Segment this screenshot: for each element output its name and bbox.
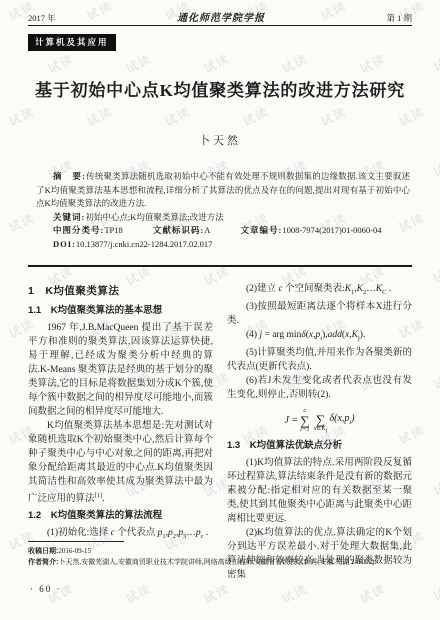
algorithm-step: (3)按照最短距离法逐个将样本X进行分类. <box>227 300 412 328</box>
section-1-2-heading: 1.2 K均值聚类算法的算法流程 <box>28 509 213 523</box>
watermark-text: 试读 <box>430 478 440 514</box>
sum-operator: c ∑ i=1 <box>300 408 309 434</box>
paper-title: 基于初始中心点K均值聚类算法的改进方法研究 <box>18 76 422 101</box>
algorithm-step: (4) j = arg minδ(x,pi),add(x,Kj). <box>227 328 412 346</box>
author-bio: 作者简介:卜天然,安徽芜湖人,安徽商贸职业技术学院讲师,网络高级工程师,安徽省省… <box>28 557 412 568</box>
doi-line: DOI:10.13877/j.cnki.cn22-1284.2017.02.01… <box>36 238 410 252</box>
watermark-text: 试读 <box>396 103 428 130</box>
received-date: 收稿日期:2016-09-15 <box>28 546 412 557</box>
watermark-text: 试读 <box>240 103 272 130</box>
page-number: · 60 · <box>30 584 62 594</box>
objective-function-formula: J = c ∑ i=1 ∑ x∈Ki δ(x,pi) <box>227 407 412 435</box>
body-columns: 1 K均值聚类算法 1.1 K均值聚类算法的基本思想 1967 年,J.B.Ma… <box>28 282 412 582</box>
meta-line: 中图分类号:TP18 文献标识码:A 文章编号:1008-7974(2017)0… <box>36 224 410 238</box>
section-1-3-heading: 1.3 K均值算法优缺点分析 <box>227 439 412 453</box>
watermark-text: 试读 <box>430 266 440 302</box>
watermark-text: 试读 <box>123 580 155 607</box>
header-rule <box>28 25 412 26</box>
paragraph: (1)K均值算法的特点.采用两阶段反复循环过程算法,算法结束条件是没有新的数据元… <box>227 456 412 526</box>
sum-operator: ∑ x∈Ki <box>314 407 328 435</box>
doc-code: 文献标识码:A <box>153 225 224 235</box>
watermark-text: 试读 <box>6 209 38 236</box>
section-1-1-heading: 1.1 K均值聚类算法的基本思想 <box>28 304 213 318</box>
footnote-rule <box>28 541 124 542</box>
section-1-heading: 1 K均值聚类算法 <box>28 284 213 298</box>
header-issue: 第 1 期 <box>386 12 412 24</box>
watermark-text: 试读 <box>357 580 389 607</box>
paper-page: 试读试读试读试读试读试读试读试读试读试读试读试读试读试读试读试读试读试读试读试读… <box>0 0 440 620</box>
watermark-text: 试读 <box>430 54 440 90</box>
algorithm-step: (6)若J未发生变化或者代表点也没有发生变化,则停止,否则转(2). <box>227 374 412 402</box>
author-name: 卜天然 <box>0 132 440 148</box>
keywords-text: 初始中心点;K均值聚类算法;改进方法 <box>85 212 223 222</box>
doi-value: 10.13877/j.cnki.cn22-1284.2017.02.017 <box>76 239 212 249</box>
watermark-text: 试读 <box>201 50 233 77</box>
front-matter-rule <box>28 265 412 267</box>
journal-title: 通化师范学院学报 <box>177 9 265 24</box>
doi-label: DOI: <box>53 239 76 249</box>
formula-lhs: J = <box>284 414 298 428</box>
watermark-text: 试读 <box>162 103 194 130</box>
paragraph: 1967 年,J.B.MacQueen 提出了基于误差平方和准则的聚类算法,因该… <box>28 321 213 419</box>
watermark-text: 试读 <box>84 103 116 130</box>
watermark-text: 试读 <box>201 580 233 607</box>
category-label: 计算机及其应用 <box>28 34 116 51</box>
footnote-block: 收稿日期:2016-09-15 作者简介:卜天然,安徽芜湖人,安徽商贸职业技术学… <box>28 541 412 568</box>
watermark-text: 试读 <box>430 372 440 408</box>
watermark-text: 试读 <box>279 580 311 607</box>
algorithm-step: (5)计算聚类均值,并用来作为各聚类新的代表点(更新代表点). <box>227 346 412 374</box>
front-matter: 摘 要:传统聚类算法随机选取初始中心不能有效处理不规则数据集的边缘数据.该文主要… <box>36 170 410 251</box>
watermark-text: 试读 <box>123 50 155 77</box>
watermark-text: 试读 <box>279 50 311 77</box>
abstract: 摘 要:传统聚类算法随机选取初始中心不能有效处理不规则数据集的边缘数据.该文主要… <box>36 170 410 211</box>
article-id: 文章编号:1008-7974(2017)01-0060-04 <box>241 225 396 235</box>
watermark-text: 试读 <box>45 50 77 77</box>
abstract-text: 传统聚类算法随机选取初始中心不能有效处理不规则数据集的边缘数据.该文主要叙述了K… <box>36 171 410 208</box>
header-year: 2017 年 <box>28 12 56 24</box>
right-column: (2)建立 c 个空间聚类表:K1,K2…KC . (3)按照最短距离法逐个将样… <box>227 282 412 582</box>
watermark-text: 试读 <box>430 584 440 620</box>
watermark-text: 试读 <box>6 103 38 130</box>
watermark-text: 试读 <box>357 50 389 77</box>
page-header: 2017 年 通化师范学院学报 第 1 期 <box>28 9 412 24</box>
abstract-label: 摘 要: <box>53 171 86 181</box>
watermark-text: 试读 <box>318 103 350 130</box>
keywords: 关键词:初始中心点;K均值聚类算法;改进方法 <box>36 211 410 225</box>
clc-number: 中图分类号:TP18 <box>53 225 137 235</box>
keywords-label: 关键词: <box>53 212 85 222</box>
paragraph: K均值聚类算法基本思想是:先对测试对象随机选取K个初始聚类中心,然后计算每个种子… <box>28 419 213 506</box>
watermark-text: 试读 <box>430 160 440 196</box>
algorithm-step: (2)建立 c 个空间聚类表:K1,K2…KC . <box>227 282 412 300</box>
formula-rhs: δ(x,pi) <box>329 412 354 430</box>
left-column: 1 K均值聚类算法 1.1 K均值聚类算法的基本思想 1967 年,J.B.Ma… <box>28 282 213 582</box>
